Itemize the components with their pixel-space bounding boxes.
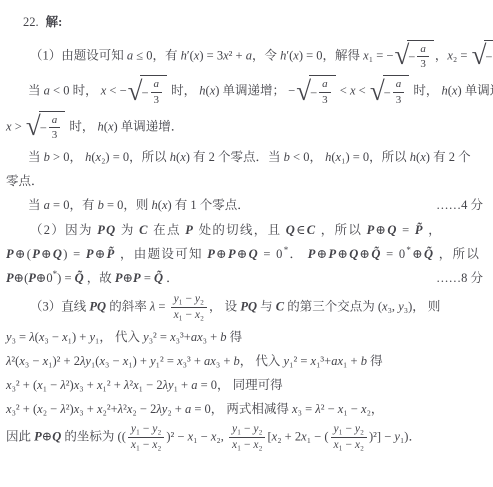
- math-variable: P: [28, 271, 36, 285]
- score-mark: ……8 分: [436, 268, 483, 288]
- math-variable: y: [284, 354, 290, 368]
- math-variable: y: [85, 354, 91, 368]
- math-variable: x: [6, 402, 12, 416]
- math-variable: P: [308, 247, 317, 261]
- math-variable: x: [74, 378, 80, 392]
- math-variable: h: [199, 84, 205, 98]
- math-variable: x: [194, 49, 200, 63]
- math-variable: y: [89, 330, 95, 344]
- math-variable: a: [52, 114, 58, 126]
- fraction: a3: [417, 43, 429, 71]
- math-variable: y: [143, 330, 149, 344]
- fraction-denominator: 3: [319, 93, 331, 107]
- math-variable: x: [361, 402, 367, 416]
- math-variable: y: [131, 423, 136, 435]
- math-variable: a: [396, 78, 402, 90]
- math-variable: Q: [286, 223, 296, 237]
- math-variable: x: [180, 150, 186, 164]
- math-variable: λ: [118, 402, 123, 416]
- math-variable: x: [6, 378, 12, 392]
- math-variable: b: [361, 354, 367, 368]
- math-variable: b: [284, 150, 290, 164]
- fraction-numerator: a: [417, 43, 429, 57]
- math-variable: x: [152, 439, 157, 451]
- sqrt-expression: √−a3: [26, 111, 65, 142]
- math-variable: x: [301, 429, 307, 443]
- sqrt-expression: √−a3: [394, 40, 433, 71]
- math-variable: P: [115, 271, 123, 285]
- math-variable: h: [325, 150, 331, 164]
- fraction-denominator: x₁ − x₂: [128, 438, 164, 453]
- math-variable: x: [355, 439, 360, 451]
- math-variable: P̃: [107, 247, 116, 261]
- math-variable: x: [350, 84, 356, 98]
- solution-label: 解:: [46, 15, 63, 29]
- math-variable: P: [32, 247, 41, 261]
- fraction: a3: [393, 78, 405, 106]
- math-variable: P: [207, 247, 216, 261]
- math-variable: P: [367, 223, 376, 237]
- fraction-denominator: 3: [151, 93, 163, 107]
- math-variable: h: [181, 49, 187, 63]
- fraction-numerator: y₁ − y₂: [171, 293, 207, 308]
- radicand: −a3: [407, 40, 434, 71]
- math-variable: Q: [387, 223, 397, 237]
- math-variable: Q: [349, 247, 359, 261]
- fraction: y₁ − y₂x₁ − x₂: [229, 423, 265, 453]
- math-variable: y: [253, 423, 258, 435]
- math-variable: h: [441, 84, 447, 98]
- math-variable: x: [39, 330, 45, 344]
- fraction-denominator: 3: [49, 128, 61, 142]
- solution-line: 因此 P⊕Q 的坐标为 ((y₁ − y₂x₁ − x₂)² − x₁ − x₂…: [6, 423, 487, 453]
- math-variable: y: [162, 402, 168, 416]
- math-variable: P: [329, 247, 338, 261]
- math-variable: b: [44, 150, 50, 164]
- fraction-numerator: a: [393, 78, 405, 92]
- fraction: a3: [319, 78, 331, 106]
- math-variable: x: [210, 354, 216, 368]
- math-variable: x: [232, 439, 237, 451]
- math-variable: a: [420, 43, 426, 55]
- fraction-numerator: a: [319, 78, 331, 92]
- solution-line: 零点．: [6, 171, 487, 191]
- math-variable: x: [210, 84, 216, 98]
- math-variable: y: [232, 423, 237, 435]
- math-variable: y: [398, 300, 404, 314]
- math-variable: a: [185, 402, 191, 416]
- superscript-star: *: [284, 245, 290, 255]
- math-variable: a: [44, 198, 50, 212]
- solution-line: P⊕(P⊕0*) = Q̃ ，故 P⊕P = Q̃ ．……8 分: [6, 268, 487, 288]
- math-variable: a: [246, 49, 252, 63]
- fraction-numerator: y₁ − y₂: [229, 423, 265, 438]
- solution-line: x > √−a3 时， h(x) 单调递增．: [6, 112, 487, 143]
- superscript-star: *: [406, 245, 412, 255]
- math-variable: x: [37, 378, 43, 392]
- math-variable: b: [98, 198, 104, 212]
- math-variable: λ: [150, 300, 155, 314]
- fraction-numerator: y₁ − y₂: [128, 423, 164, 438]
- math-variable: x: [62, 330, 68, 344]
- sqrt-expression: √−a3: [128, 75, 167, 106]
- math-variable: x: [43, 354, 49, 368]
- math-variable: Q̃: [75, 271, 84, 285]
- math-variable: x: [127, 402, 133, 416]
- math-variable: P: [97, 223, 106, 237]
- math-variable: P: [86, 247, 95, 261]
- math-variable: x: [133, 378, 139, 392]
- math-variable: x: [211, 429, 217, 443]
- math-variable: P: [6, 271, 14, 285]
- math-variable: x: [6, 119, 12, 133]
- math-variable: x: [334, 439, 339, 451]
- fraction-denominator: x₁ − x₂: [331, 438, 367, 453]
- solution-line: （2）因为 PQ 为 C 在点 P 处的切线，且 Q∈C ，所以 P⊕Q = P…: [6, 220, 487, 240]
- math-variable: Q: [248, 300, 257, 314]
- math-variable: x: [177, 354, 183, 368]
- solution-line: 当 a = 0，有 b = 0，则 h(x) 有 1 个零点．……4 分: [6, 195, 487, 215]
- math-variable: h: [98, 119, 104, 133]
- math-variable: P: [89, 300, 97, 314]
- fraction-numerator: a: [151, 78, 163, 92]
- solution-line: λ²(x₃ − x₁)² + 2λy₁(x₃ − x₁) + y₁² = x₃³…: [6, 351, 487, 371]
- solution-line: （1）由题设可知 a ≤ 0，有 h′(x) = 3x² + a，令 h′(x)…: [6, 41, 487, 72]
- math-variable: a: [154, 78, 160, 90]
- math-variable: x: [97, 402, 103, 416]
- radicand: −a3: [39, 111, 66, 142]
- math-variable: b: [220, 330, 226, 344]
- math-variable: x: [253, 439, 258, 451]
- solution-line: （3）直线 PQ 的斜率 λ = y₁ − y₂x₁ − x₂， 设 PQ 与 …: [6, 293, 487, 323]
- fraction: y₁ − y₂x₁ − x₂: [128, 423, 164, 453]
- fraction: a3: [49, 114, 61, 142]
- math-variable: x: [101, 84, 107, 98]
- math-variable: x: [272, 429, 278, 443]
- math-variable: x: [447, 49, 453, 63]
- math-variable: x: [162, 198, 168, 212]
- math-variable: x: [336, 150, 342, 164]
- math-variable: λ: [29, 330, 34, 344]
- math-variable: x: [420, 150, 426, 164]
- solution-line: 当 b > 0， h(x₂) = 0，所以 h(x) 有 2 个零点．当 b <…: [6, 147, 487, 167]
- math-variable: x: [108, 119, 114, 133]
- solution-line: x₃² + (x₂ − λ²)x₃ + x₂²+λ²x₂ − 2λy₂ + a …: [6, 399, 487, 419]
- math-variable: P̃: [415, 223, 424, 237]
- math-variable: Q: [52, 429, 61, 443]
- fraction-numerator: a: [49, 114, 61, 128]
- sqrt-expression: √−a3: [370, 75, 409, 106]
- math-variable: λ: [124, 378, 129, 392]
- math-variable: C: [307, 223, 317, 237]
- math-variable: x: [382, 300, 388, 314]
- math-variable: y: [355, 423, 360, 435]
- math-variable: x: [293, 49, 299, 63]
- math-variable: P: [34, 429, 42, 443]
- superscript-star: *: [53, 269, 58, 279]
- sqrt-expression: √−a3: [296, 75, 335, 106]
- radicand: −a3: [309, 75, 336, 106]
- solution-body: （1）由题设可知 a ≤ 0，有 h′(x) = 3x² + a，令 h′(x)…: [6, 41, 487, 452]
- math-variable: h: [170, 150, 176, 164]
- math-variable: x: [223, 49, 229, 63]
- math-variable: x: [96, 150, 102, 164]
- math-variable: h: [410, 150, 416, 164]
- score-mark: ……4 分: [414, 195, 483, 215]
- math-variable: λ: [60, 402, 65, 416]
- math-variable: y: [195, 293, 200, 305]
- sqrt-expression: √−a3: [472, 40, 493, 71]
- math-variable: P: [240, 300, 248, 314]
- math-variable: a: [127, 49, 133, 63]
- math-variable: Q̃: [154, 271, 163, 285]
- math-variable: y: [174, 293, 179, 305]
- fraction-denominator: 3: [417, 57, 429, 71]
- math-variable: a: [322, 78, 328, 90]
- math-variable: h: [152, 198, 158, 212]
- math-variable: C: [276, 300, 284, 314]
- math-variable: y: [150, 354, 156, 368]
- math-variable: a: [44, 84, 50, 98]
- fraction-denominator: x₁ − x₂: [229, 438, 265, 453]
- math-variable: x: [170, 330, 176, 344]
- math-variable: x: [37, 402, 43, 416]
- fraction: a3: [151, 78, 163, 106]
- math-variable: λ: [315, 402, 320, 416]
- math-variable: x: [19, 354, 25, 368]
- radicand: −a3: [140, 75, 167, 106]
- fraction-denominator: 3: [393, 93, 405, 107]
- math-variable: y: [152, 423, 157, 435]
- math-variable: C: [139, 223, 149, 237]
- math-variable: x: [123, 354, 129, 368]
- math-variable: Q̃: [424, 247, 434, 261]
- math-variable: Q: [53, 247, 63, 261]
- math-variable: x: [292, 402, 298, 416]
- radicand: −a3: [484, 40, 493, 71]
- math-variable: x: [74, 402, 80, 416]
- math-variable: x: [195, 309, 200, 321]
- solution-line: P⊕(P⊕Q) = P⊕P̃ ，由题设可知 P⊕P⊕Q = 0*． P⊕P⊕Q⊕…: [6, 244, 487, 264]
- math-variable: λ: [60, 378, 65, 392]
- math-variable: Q: [106, 223, 116, 237]
- math-variable: h: [280, 49, 286, 63]
- math-variable: y: [6, 330, 12, 344]
- fraction: y₁ − y₂x₁ − x₂: [171, 293, 207, 323]
- problem-heading: 22.解:: [6, 12, 487, 32]
- fraction-numerator: y₁ − y₂: [331, 423, 367, 438]
- math-variable: Q: [249, 247, 259, 261]
- fraction-denominator: x₁ − x₂: [171, 308, 207, 323]
- math-variable: Q: [97, 300, 106, 314]
- math-variable: P: [185, 223, 194, 237]
- math-variable: x: [452, 84, 458, 98]
- fraction: y₁ − y₂x₁ − x₂: [331, 423, 367, 453]
- math-variable: P: [133, 271, 141, 285]
- math-variable: y: [334, 423, 339, 435]
- math-variable: x: [99, 354, 105, 368]
- math-variable: x: [131, 439, 136, 451]
- math-variable: x: [337, 354, 343, 368]
- radicand: −a3: [383, 75, 410, 106]
- math-variable: P: [6, 247, 15, 261]
- math-variable: x: [97, 378, 103, 392]
- math-variable: y: [168, 378, 174, 392]
- math-variable: b: [234, 354, 240, 368]
- math-variable: a: [191, 378, 197, 392]
- problem-number: 22.: [23, 15, 39, 29]
- math-variable: λ: [6, 354, 11, 368]
- math-variable: h: [85, 150, 91, 164]
- math-variable: x: [174, 309, 179, 321]
- math-variable: Q̃: [371, 247, 381, 261]
- math-variable: x: [311, 354, 317, 368]
- solution-line: x₃² + (x₁ − λ²)x₃ + x₁² + λ²x₁ − 2λy₁ + …: [6, 375, 487, 395]
- math-variable: x: [363, 49, 369, 63]
- solution-line: 当 a < 0 时， x < −√−a3 时， h(x) 单调递增； −√−a3…: [6, 76, 487, 107]
- math-variable: x: [188, 429, 194, 443]
- solution-document: 22.解: （1）由题设可知 a ≤ 0，有 h′(x) = 3x² + a，令…: [6, 12, 487, 452]
- math-variable: y: [394, 429, 400, 443]
- solution-line: y₃ = λ(x₃ − x₁) + y₁， 代入 y₃² = x₃³+ax₃ +…: [6, 327, 487, 347]
- math-variable: P: [228, 247, 237, 261]
- math-variable: x: [197, 330, 203, 344]
- math-variable: x: [338, 402, 344, 416]
